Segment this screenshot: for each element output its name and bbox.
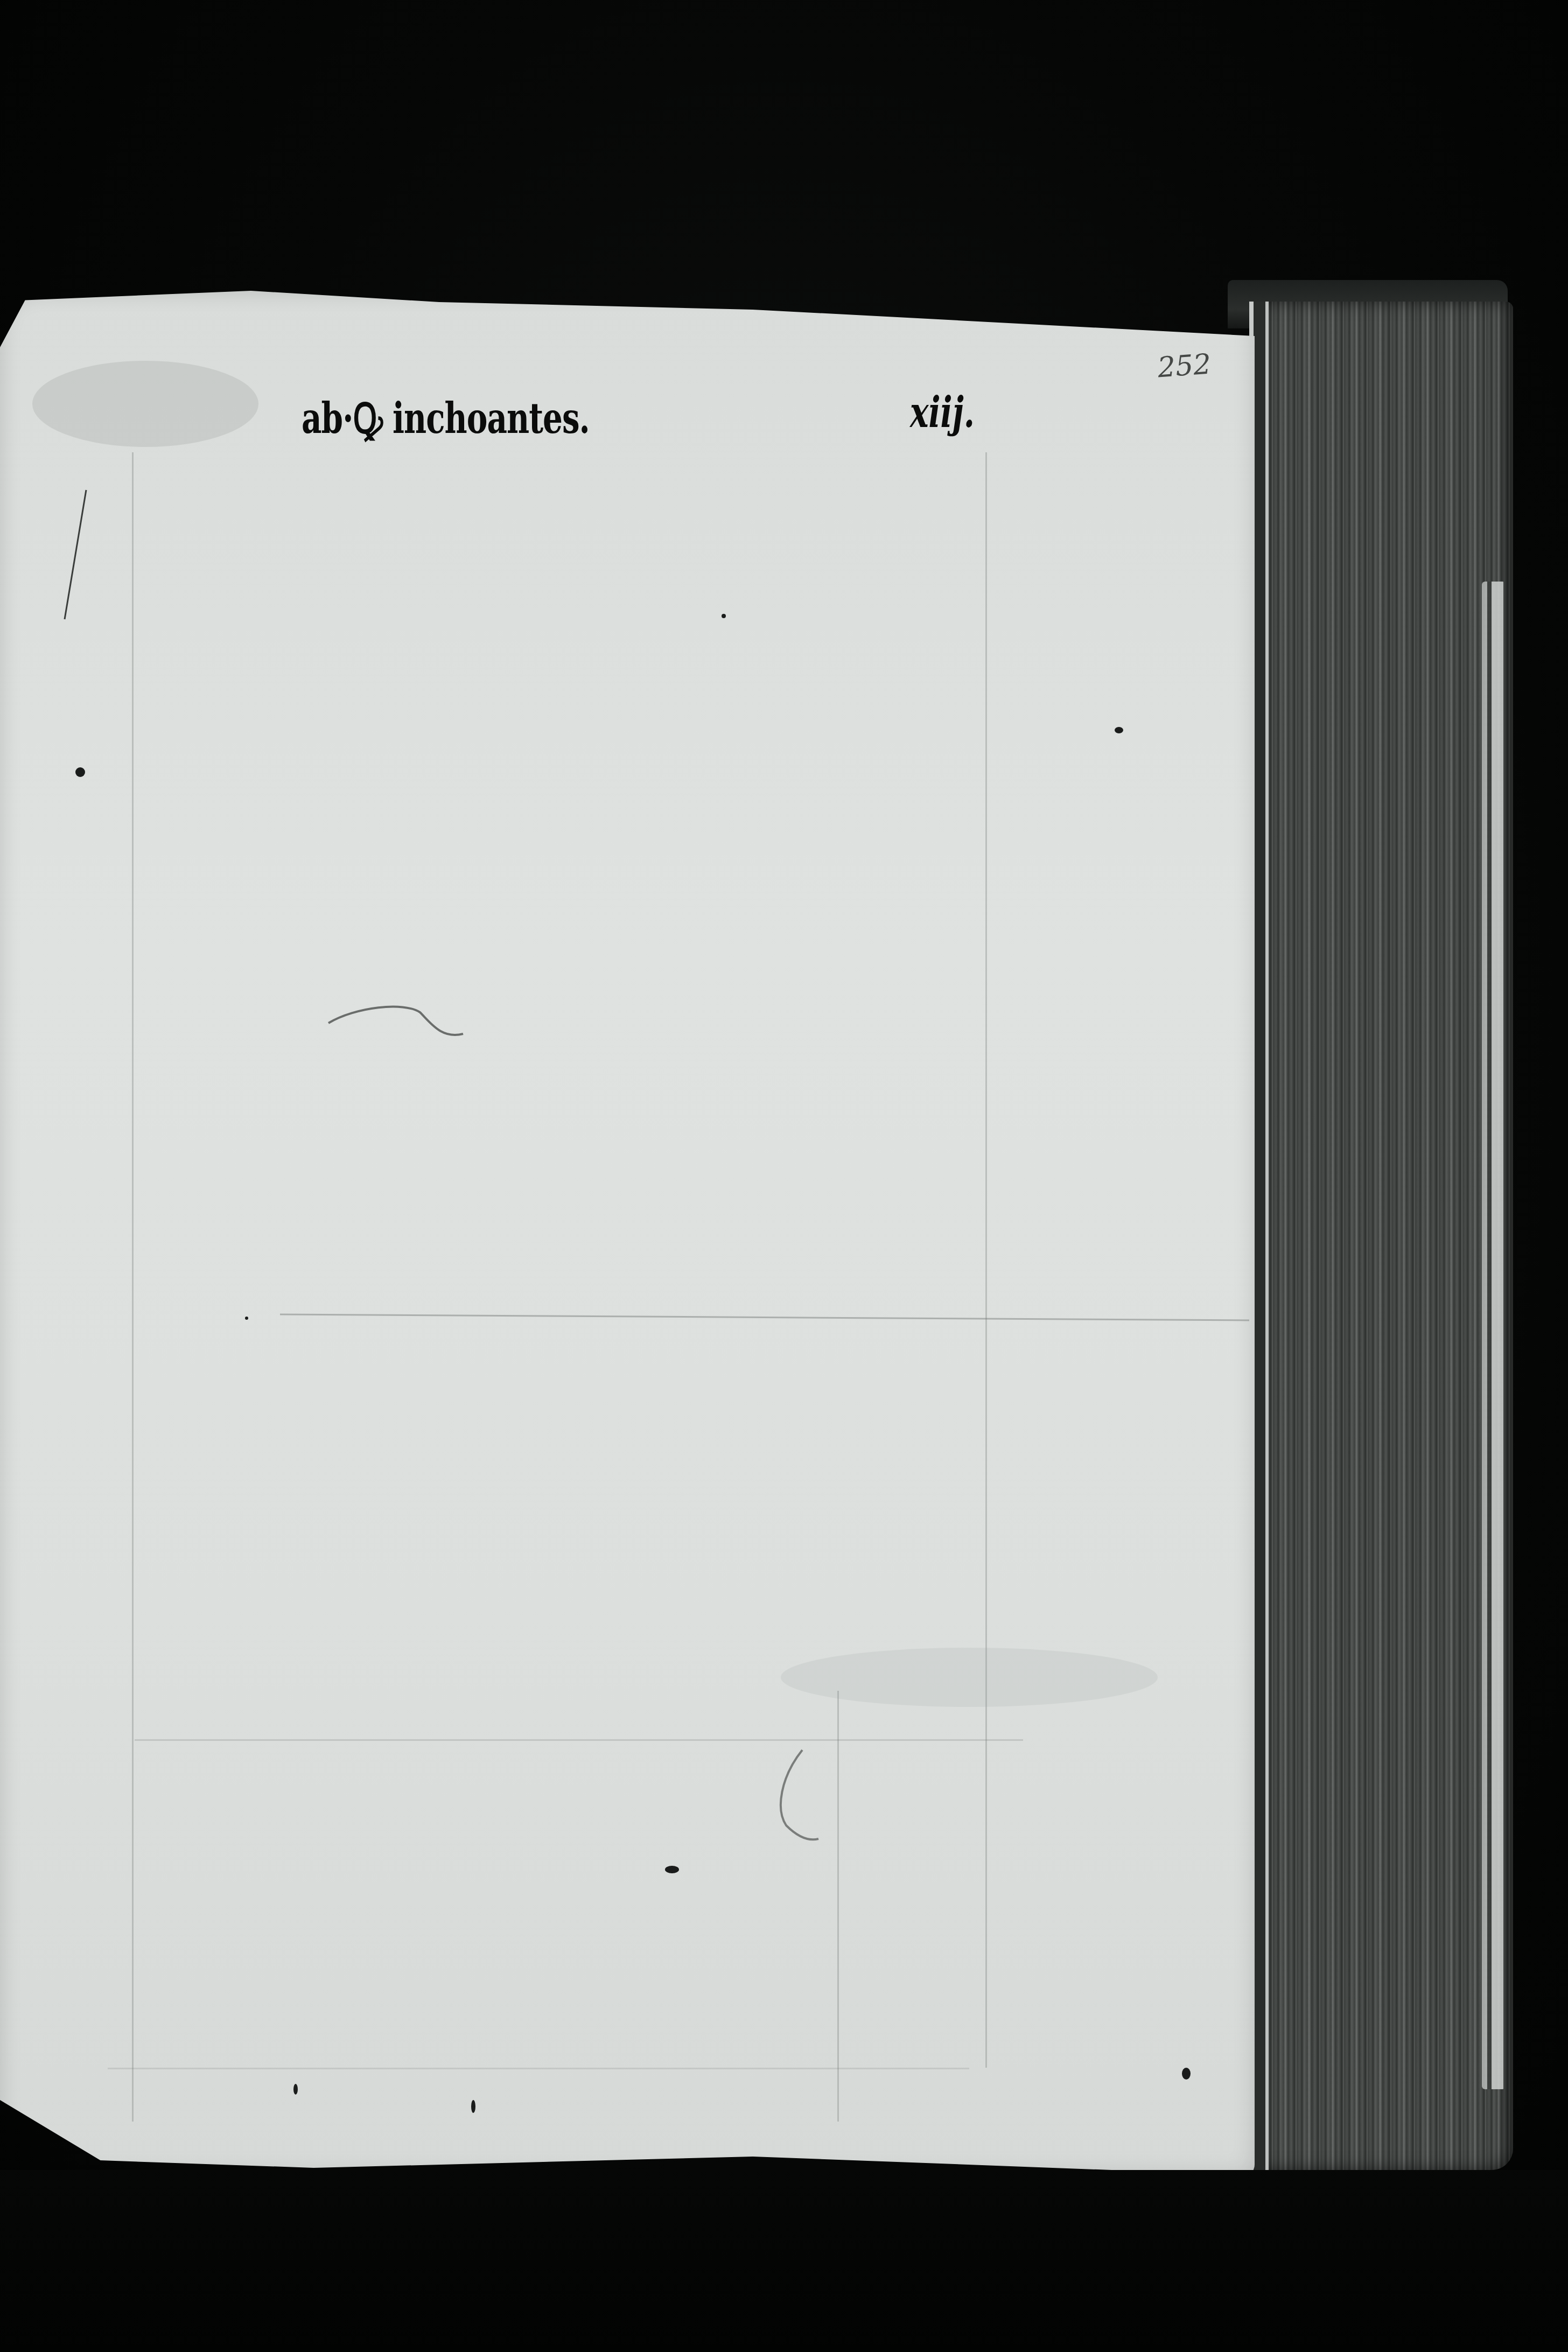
ink-speck bbox=[722, 614, 726, 618]
water-stain bbox=[32, 361, 258, 447]
ink-speck bbox=[293, 2084, 298, 2095]
ink-speck bbox=[665, 1866, 679, 1873]
running-head: ab·Ꝙ inchoantes. bbox=[302, 388, 590, 445]
ink-speck bbox=[245, 1317, 248, 1320]
book-page: ab·Ꝙ inchoantes. xiij. 252 bbox=[0, 291, 1255, 2175]
margin-mark bbox=[54, 485, 97, 625]
ink-speck bbox=[75, 767, 85, 777]
ruling-line-right bbox=[985, 452, 987, 2068]
ink-speck bbox=[471, 2100, 475, 2113]
fibre-mark bbox=[323, 991, 485, 1055]
photo-bottom-background bbox=[0, 2170, 1568, 2352]
ruling-line-horizontal bbox=[280, 1314, 1249, 1321]
pencil-foliation: 252 bbox=[1157, 348, 1212, 384]
ruling-line-inner bbox=[837, 1691, 839, 2122]
folio-number: xiij. bbox=[910, 388, 975, 437]
ink-speck bbox=[1115, 727, 1123, 733]
ruling-line-horizontal-bottom bbox=[108, 2068, 969, 2069]
scuff-mark bbox=[781, 1648, 1158, 1707]
book-fore-edge bbox=[1249, 302, 1513, 2170]
ink-speck bbox=[1182, 2068, 1191, 2080]
fibre-mark bbox=[765, 1745, 829, 1852]
ruling-line-horizontal-lower bbox=[135, 1739, 1023, 1741]
page-content: ab·Ꝙ inchoantes. xiij. 252 bbox=[0, 291, 1255, 2175]
ruling-line-left bbox=[132, 452, 134, 2122]
